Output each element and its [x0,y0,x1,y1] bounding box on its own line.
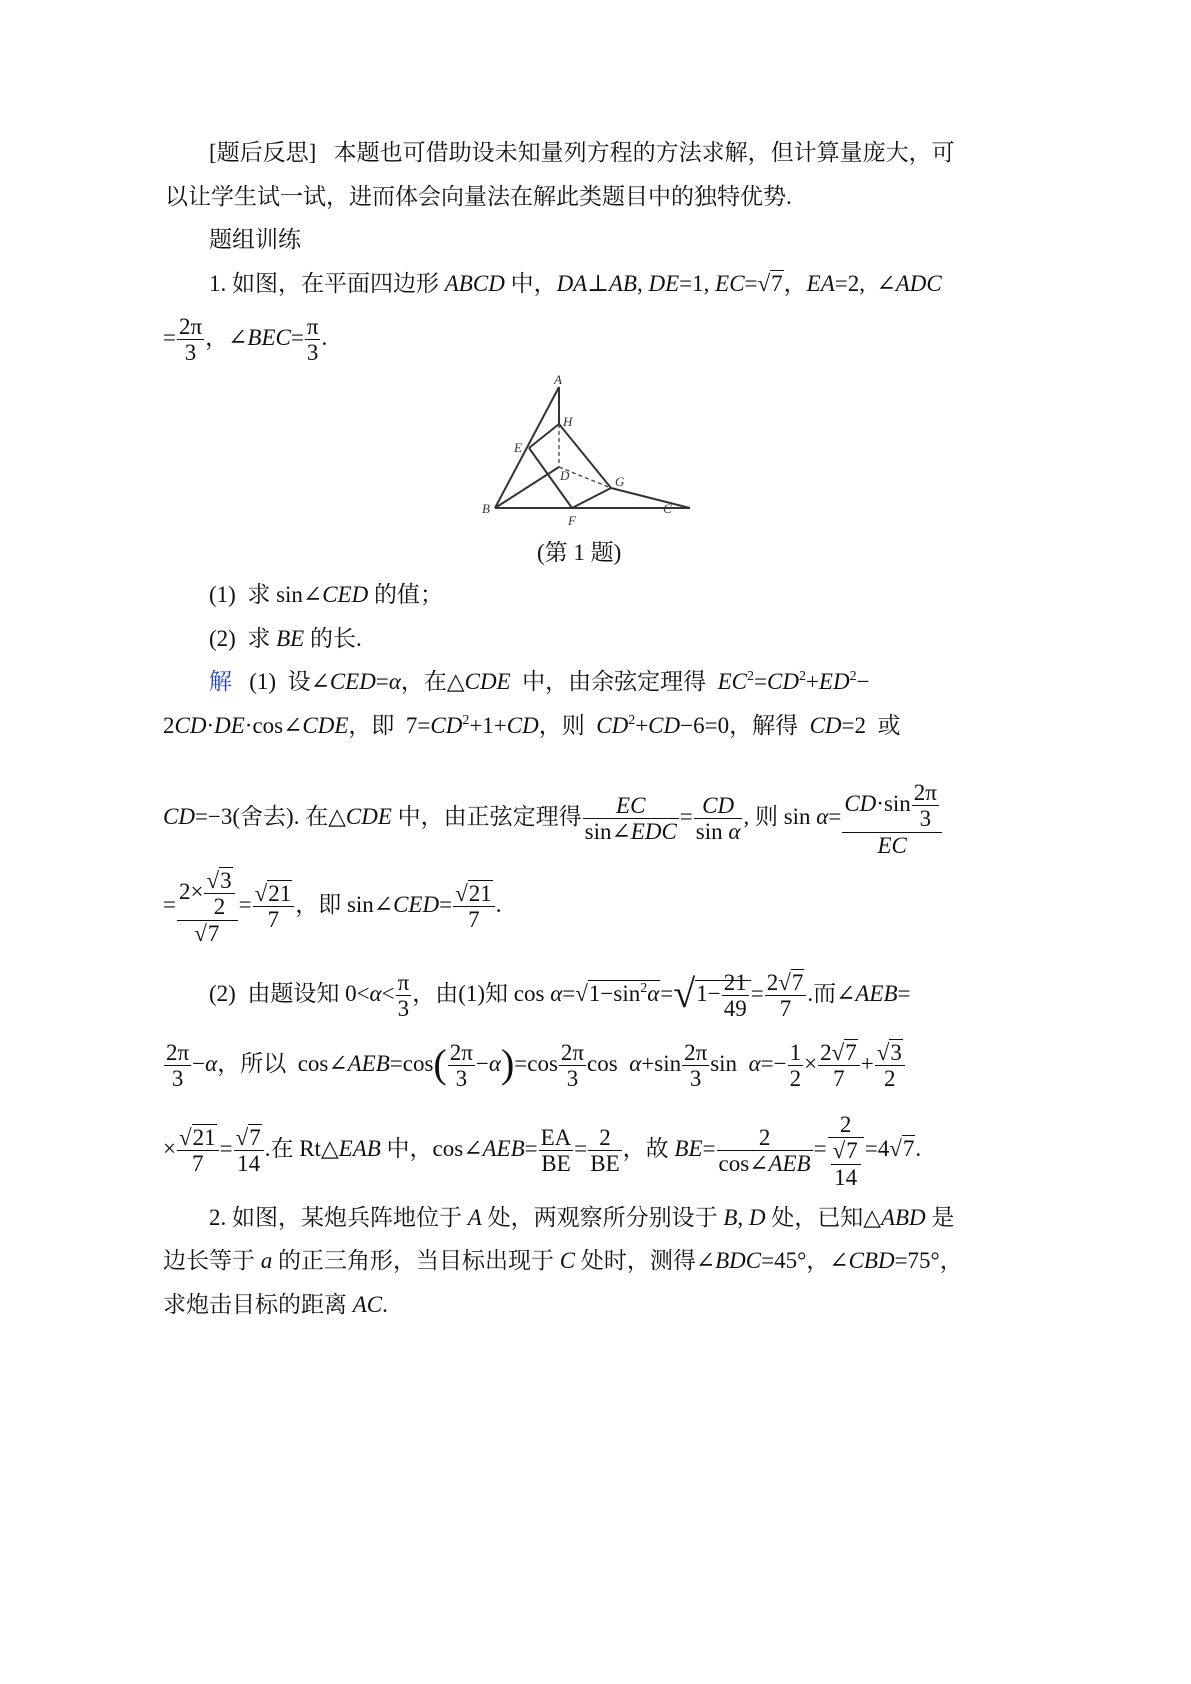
question-2: (2) 求 BE 的长. [209,627,362,650]
problem1-figure: A H E D G B F C [470,370,690,530]
problem2-line-1: 2. 如图，某炮兵阵地位于 A 处，两观察所分别设于 B, D 处，已知△ABD… [209,1206,954,1229]
solution-line-5: (2) 由题设知 0<α<π3，由(1)知 cos α=1−sin2α=√1−2… [209,970,911,1022]
solution-line-1: 解 (1) 设∠CED=α，在△CDE 中，由余弦定理得 EC2=CD2+ED2… [209,670,870,693]
svg-text:H: H [562,414,573,429]
section-title: 题组训练 [209,228,301,251]
svg-text:C: C [663,501,672,516]
problem1-statement-line1: 1. 如图，在平面四边形 ABCD 中，DA⊥AB, DE=1, EC=7，EA… [209,272,942,295]
problem2-line-2: 边长等于 a 的正三角形，当目标出现于 C 处时，测得∠BDC=45°，∠CBD… [163,1249,963,1272]
svg-text:D: D [559,468,570,483]
svg-text:E: E [513,440,522,455]
solution-label: 解 [209,669,232,694]
solution-line-4: =2×327=217，即 sin∠CED=217. [163,868,501,946]
svg-text:A: A [553,372,562,387]
solution-line-6: 2π3−α，所以 cos∠AEB=cos(2π3−α)=cos2π3cos α+… [163,1040,906,1092]
svg-text:B: B [482,501,490,516]
solution-line-3: CD=−3(舍去). 在△CDE 中，由正弦定理得ECsin∠EDC=CDsin… [163,780,943,858]
svg-text:F: F [567,513,577,528]
question-1: (1) 求 sin∠CED 的值； [209,583,443,606]
figure-caption: (第 1 题) [537,541,621,564]
reflection-line-2: 以让学生试一试，进而体会向量法在解此类题目中的独特优势. [165,185,792,208]
problem1-statement-line2: =2π3，∠BEC=π3. [163,314,327,366]
reflection-tag: [题后反思] [209,140,316,165]
solution-line-2: 2CD·DE·cos∠CDE，即 7=CD2+1+CD，则 CD2+CD−6=0… [163,714,901,737]
reflection-line-1: [题后反思] 本题也可借助设未知量列方程的方法求解，但计算量庞大，可 [209,141,955,164]
svg-text:G: G [615,474,625,489]
problem2-line-3: 求炮击目标的距离 AC. [163,1293,388,1316]
solution-line-7: ×217=714.在 Rt△EAB 中，cos∠AEB=EABE=2BE，故 B… [163,1112,921,1190]
